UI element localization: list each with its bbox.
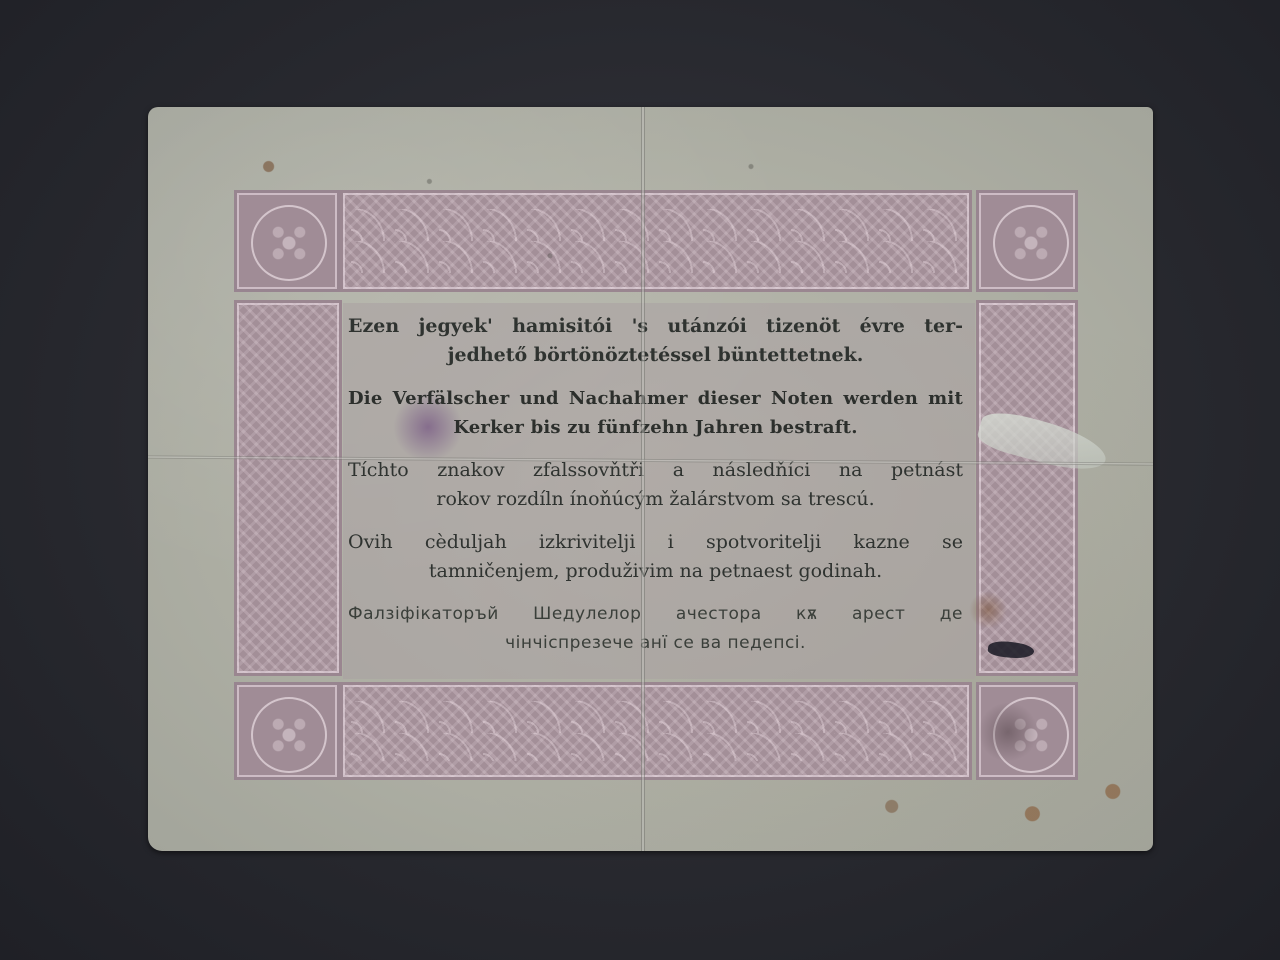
top-border-panel — [343, 193, 969, 289]
warning-hungarian-line2: jedhető börtönöztetéssel büntettetnek. — [348, 341, 963, 370]
warning-german-line2: Kerker bis zu fünfzehn Jahren bestraft. — [348, 413, 963, 442]
warning-romanian-line2: чінчіспрезече анї се ва педепсі. — [348, 629, 963, 658]
warning-german: Die Verfälscher und Nachahmer dieser Not… — [348, 384, 963, 442]
rosette-corner-top-right — [979, 193, 1075, 289]
warning-text-block: Ezen jegyek' hamisitói 's utánzói tizenö… — [348, 312, 963, 672]
brown-stain — [968, 592, 1008, 628]
warning-slovak: Tíchto znakov zfalssovňtři a následňíci … — [348, 456, 963, 514]
dark-stain — [978, 702, 1038, 762]
rosette-corner-bottom-left — [237, 685, 337, 777]
warning-hungarian: Ezen jegyek' hamisitói 's utánzói tizenö… — [348, 312, 963, 370]
vertical-fold-crease — [641, 107, 645, 851]
warning-romanian-line1: Фалзіфікаторъй Шедулелор ачестора кѫ аре… — [348, 600, 963, 629]
warning-german-line1: Die Verfälscher und Nachahmer dieser Not… — [348, 384, 963, 413]
left-border-panel — [237, 303, 339, 673]
banknote: Ezen jegyek' hamisitói 's utánzói tizenö… — [148, 107, 1153, 851]
warning-romanian-cyrillic: Фалзіфікаторъй Шедулелор ачестора кѫ аре… — [348, 600, 963, 658]
rosette-corner-top-left — [237, 193, 337, 289]
bottom-border-panel — [343, 685, 969, 777]
warning-croatian-line1: Ovih cèduljah izkrivitelji i spotvoritel… — [348, 528, 963, 557]
warning-slovak-line2: rokov rozdíln ínoňúcým žalárstvom sa tre… — [348, 485, 963, 514]
warning-croatian: Ovih cèduljah izkrivitelji i spotvoritel… — [348, 528, 963, 586]
warning-croatian-line2: tamničenjem, produživim na petnaest godi… — [348, 557, 963, 586]
warning-hungarian-line1: Ezen jegyek' hamisitói 's utánzói tizenö… — [348, 312, 963, 341]
